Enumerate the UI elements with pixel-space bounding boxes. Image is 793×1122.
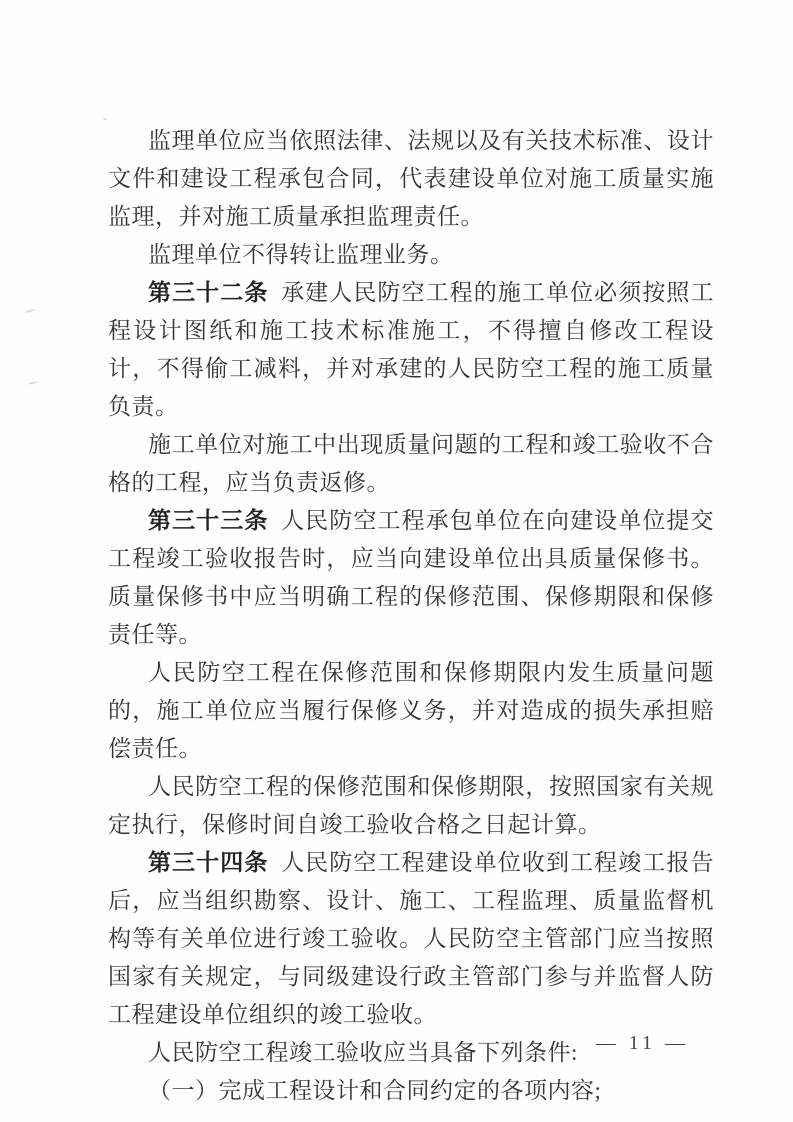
article-number: 第三十二条 — [148, 280, 268, 305]
paragraph: 监理单位不得转让监理业务。 — [108, 236, 714, 274]
scan-speck — [28, 381, 37, 385]
page-number: — 11 — — [596, 1032, 689, 1054]
paragraph-article-32: 第三十二条承建人民防空工程的施工单位必须按照工程设计图纸和施工技术标准施工，不得… — [108, 274, 714, 426]
paragraph-article-33: 第三十三条人民防空工程承包单位在向建设单位提交工程竣工验收报告时，应当向建设单位… — [108, 502, 714, 654]
paragraph: 监理单位应当依照法律、法规以及有关技术标准、设计文件和建设工程承包合同，代表建设… — [108, 122, 714, 236]
paragraph-article-34: 第三十四条人民防空工程建设单位收到工程竣工报告后，应当组织勘察、设计、施工、工程… — [108, 844, 714, 1034]
scanned-document-page: 监理单位应当依照法律、法规以及有关技术标准、设计文件和建设工程承包合同，代表建设… — [0, 0, 793, 1122]
paragraph-text: （一）完成工程设计和合同约定的各项内容; — [148, 1078, 601, 1103]
paragraph: 人民防空工程的保修范围和保修期限，按照国家有关规定执行，保修时间自竣工验收合格之… — [108, 768, 714, 844]
scan-speck — [103, 117, 107, 121]
scan-speck — [25, 309, 35, 314]
paragraph-text: 人民防空工程的保修范围和保修期限，按照国家有关规定执行，保修时间自竣工验收合格之… — [108, 774, 714, 837]
paragraph-text: 监理单位不得转让监理业务。 — [148, 242, 454, 267]
paragraph-list-item-1: （一）完成工程设计和合同约定的各项内容; — [108, 1072, 714, 1110]
paragraph-text: 人民防空工程建设单位收到工程竣工报告后，应当组织勘察、设计、施工、工程监理、质量… — [108, 850, 714, 1027]
paragraph-text: 人民防空工程在保修范围和保修期限内发生质量问题的，施工单位应当履行保修义务，并对… — [108, 660, 714, 761]
paragraph-text: 施工单位对施工中出现质量问题的工程和竣工验收不合格的工程，应当负责返修。 — [108, 432, 714, 495]
article-number: 第三十四条 — [148, 850, 268, 875]
page-footer: — 11 — — [0, 1032, 793, 1055]
paragraph-text: 监理单位应当依照法律、法规以及有关技术标准、设计文件和建设工程承包合同，代表建设… — [108, 128, 714, 229]
document-body: 监理单位应当依照法律、法规以及有关技术标准、设计文件和建设工程承包合同，代表建设… — [108, 122, 714, 1110]
article-number: 第三十三条 — [148, 508, 268, 533]
paragraph: 施工单位对施工中出现质量问题的工程和竣工验收不合格的工程，应当负责返修。 — [108, 426, 714, 502]
paragraph: 人民防空工程在保修范围和保修期限内发生质量问题的，施工单位应当履行保修义务，并对… — [108, 654, 714, 768]
